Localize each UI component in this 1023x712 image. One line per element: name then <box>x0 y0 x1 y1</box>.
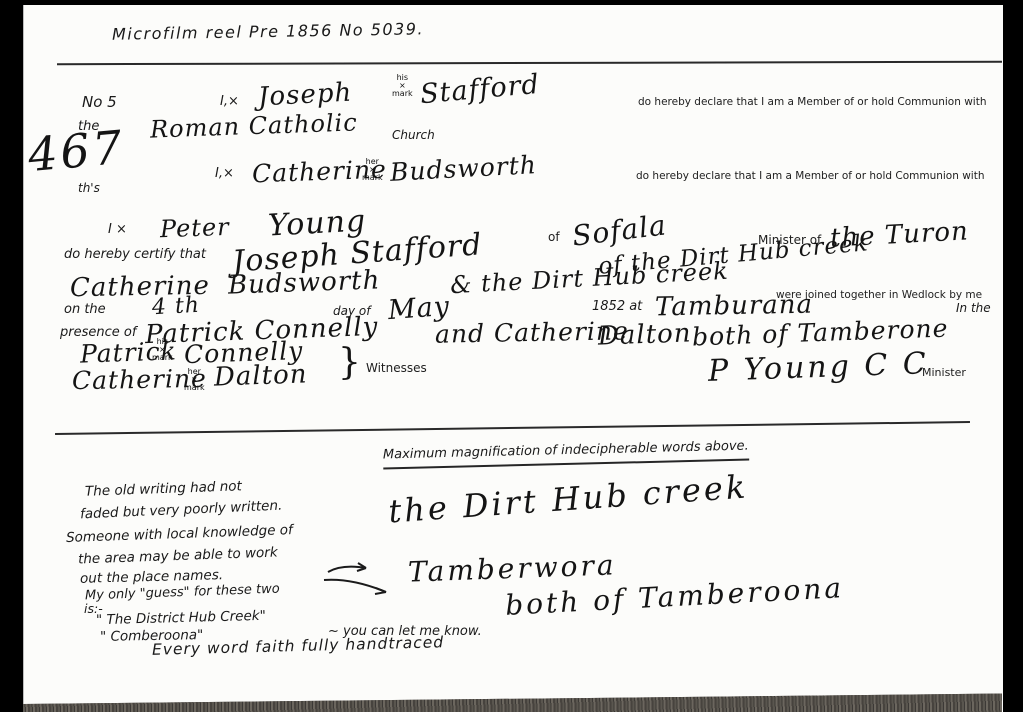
groom-mark: his × mark <box>392 74 413 98</box>
double-arrow-icon <box>322 558 398 606</box>
groom-first-name: Joseph <box>257 78 353 113</box>
of-word: of <box>548 230 560 244</box>
groom-declaration-prefix: I,× <box>220 94 239 109</box>
witness2-surname: Dalton <box>214 359 309 392</box>
witness2-mark-bottom: mark <box>184 384 205 392</box>
scanned-document-page: Microfilm reel Pre 1856 No 5039. No 5 th… <box>0 0 1023 712</box>
certificate-bride-surname: Budsworth <box>228 265 381 300</box>
wedding-place: Tamburana <box>655 290 814 323</box>
witness-brace: } <box>338 342 361 383</box>
minister-signature-label: Minister <box>922 366 966 379</box>
witness-run-3: Dalton <box>598 318 693 351</box>
on-the-label: on the <box>64 302 106 317</box>
declare-text-2: do hereby declare that I am a Member of … <box>636 170 985 182</box>
witness1-mark: his × mark <box>152 338 173 362</box>
witness1-mark-bottom: mark <box>152 354 173 362</box>
wedding-day-number: 4 th <box>151 293 200 320</box>
witnesses-label: Witnesses <box>366 361 427 375</box>
entry-no-label: No 5 <box>82 93 117 111</box>
certificate-i-prefix: I × <box>108 222 127 237</box>
bride-declaration-prefix: I,× <box>215 166 234 181</box>
entry-number: 467 <box>26 120 127 182</box>
bride-mark-bottom: mark <box>362 174 383 182</box>
entry-ths-label: th's <box>78 181 100 195</box>
bride-mark: her × mark <box>362 158 383 182</box>
witness2-mark: her × mark <box>184 368 205 392</box>
year-at-label: 1852 at <box>592 299 642 314</box>
in-the-label: In the <box>956 301 991 315</box>
church-word: Church <box>392 128 435 142</box>
declare-text-1: do hereby declare that I am a Member of … <box>638 96 987 108</box>
minister-first-name: Peter <box>160 213 231 243</box>
certify-label: do hereby certify that <box>64 247 206 262</box>
groom-mark-bottom: mark <box>392 90 413 98</box>
